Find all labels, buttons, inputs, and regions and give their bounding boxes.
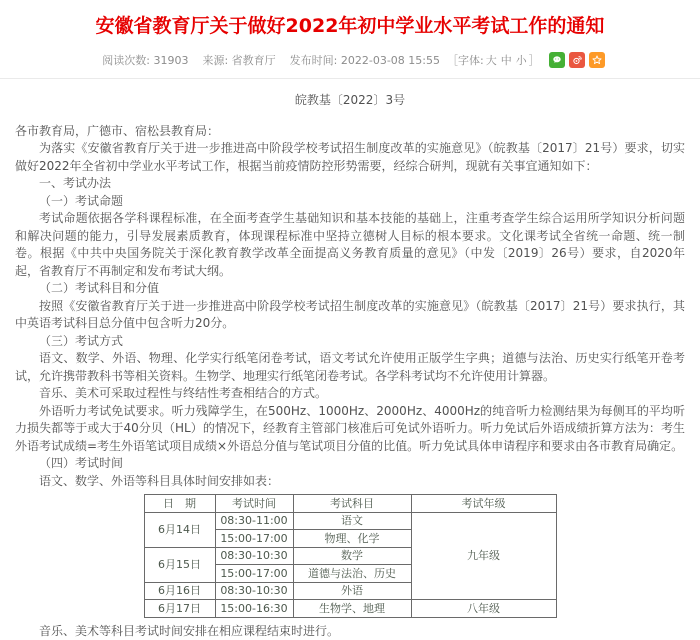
- paragraph-schedule-intro: 语文、数学、外语等科目具体时间安排如表：: [15, 473, 685, 491]
- column-header-subject: 考试科目: [293, 495, 411, 513]
- subsection-heading-1-3: （三）考试方式: [15, 333, 685, 351]
- cell-grade: 八年级: [411, 600, 556, 618]
- cell-time: 15:00-17:00: [215, 565, 293, 583]
- paragraph-subjects-scores: 按照《安徽省教育厅关于进一步推进高中阶段学校考试招生制度改革的实施意见》（皖教基…: [15, 298, 685, 333]
- cell-date: 6月17日: [144, 600, 215, 618]
- cell-time: 08:30-10:30: [215, 547, 293, 565]
- salutation: 各市教育局，广德市、宿松县教育局：: [15, 123, 685, 141]
- page-title: 安徽省教育厅关于做好2022年初中学业水平考试工作的通知: [48, 14, 652, 40]
- document-number: 皖教基〔2022〕3号: [0, 91, 700, 108]
- column-header-time: 考试时间: [215, 495, 293, 513]
- paragraph-listening-exemption: 外语听力考试免试要求。听力残障学生，在500Hz、1000Hz、2000Hz、4…: [15, 403, 685, 456]
- paragraph-proposition: 考试命题依据各学科课程标准，在全面考查学生基础知识和基本技能的基础上，注重考查学…: [15, 210, 685, 280]
- source-label: 来源: 省教育厅: [202, 52, 275, 68]
- subsection-heading-1-2: （二）考试科目和分值: [15, 280, 685, 298]
- cell-subject: 数学: [293, 547, 411, 565]
- paragraph-purpose: 为落实《安徽省教育厅关于进一步推进高中阶段学校考试招生制度改革的实施意见》（皖教…: [15, 140, 685, 175]
- wechat-share-icon[interactable]: [549, 52, 565, 68]
- section-heading-1: 一、考试办法: [15, 175, 685, 193]
- cell-time: 08:30-11:00: [215, 512, 293, 530]
- table-row: 6月17日 15:00-16:30 生物学、地理 八年级: [144, 600, 556, 618]
- cell-subject: 语文: [293, 512, 411, 530]
- cell-date: 6月15日: [144, 547, 215, 582]
- table-row: 6月14日 08:30-11:00 语文 九年级: [144, 512, 556, 530]
- notice-page: 安徽省教育厅关于做好2022年初中学业水平考试工作的通知 阅读次数: 31903…: [0, 14, 700, 640]
- font-size-label-close: ］: [529, 52, 540, 68]
- table-header-row: 日 期 考试时间 考试科目 考试年级: [144, 495, 556, 513]
- column-header-grade: 考试年级: [411, 495, 556, 513]
- cell-date: 6月14日: [144, 512, 215, 547]
- font-size-small-button[interactable]: 小: [516, 52, 527, 68]
- favorite-star-icon[interactable]: [589, 52, 605, 68]
- cell-date: 6月16日: [144, 582, 215, 600]
- paragraph-exam-method: 语文、数学、外语、物理、化学实行纸笔闭卷考试，语文考试允许使用正版学生字典；道德…: [15, 350, 685, 385]
- notice-body: 各市教育局，广德市、宿松县教育局： 为落实《安徽省教育厅关于进一步推进高中阶段学…: [0, 123, 700, 640]
- cell-time: 08:30-10:30: [215, 582, 293, 600]
- cell-time: 15:00-17:00: [215, 530, 293, 548]
- paragraph-music-art: 音乐、美术可采取过程性与终结性考查相结合的方式。: [15, 385, 685, 403]
- cell-subject: 道德与法治、历史: [293, 565, 411, 583]
- subsection-heading-1-4: （四）考试时间: [15, 455, 685, 473]
- subsection-heading-1-1: （一）考试命题: [15, 193, 685, 211]
- view-count: 阅读次数: 31903: [102, 52, 188, 68]
- header-divider: [0, 78, 700, 79]
- share-icons-group: [545, 52, 605, 68]
- meta-bar: 阅读次数: 31903 来源: 省教育厅 发布时间: 2022-03-08 15…: [0, 51, 700, 69]
- paragraph-closing-note: 音乐、美术等科目考试时间安排在相应课程结束时进行。: [15, 623, 685, 640]
- exam-schedule-table: 日 期 考试时间 考试科目 考试年级 6月14日 08:30-11:00 语文 …: [144, 494, 557, 618]
- weibo-share-icon[interactable]: [569, 52, 585, 68]
- font-size-label: ［字体:: [447, 52, 484, 68]
- cell-grade: 九年级: [411, 512, 556, 600]
- column-header-date: 日 期: [144, 495, 215, 513]
- publish-time: 发布时间: 2022-03-08 15:55: [290, 52, 440, 68]
- cell-subject: 外语: [293, 582, 411, 600]
- font-size-large-button[interactable]: 大: [486, 52, 497, 68]
- cell-time: 15:00-16:30: [215, 600, 293, 618]
- cell-subject: 物理、化学: [293, 530, 411, 548]
- font-size-medium-button[interactable]: 中: [501, 52, 512, 68]
- cell-subject: 生物学、地理: [293, 600, 411, 618]
